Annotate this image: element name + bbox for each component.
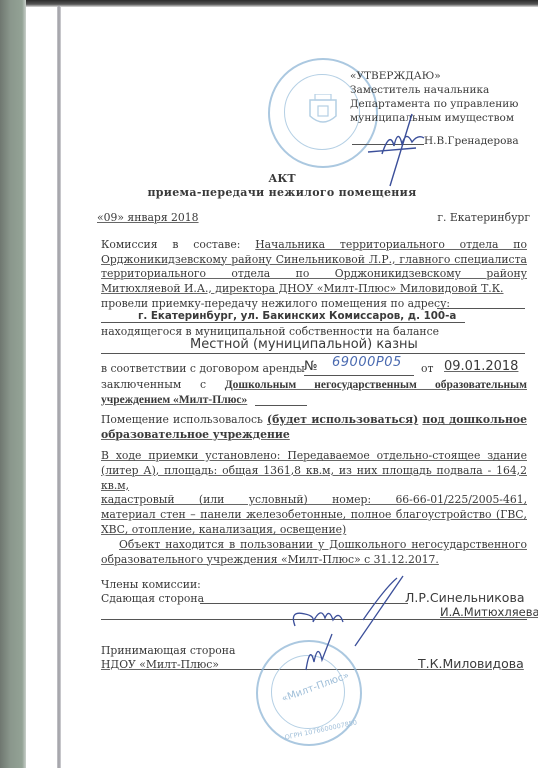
act-date: «09» января 2018 — [97, 211, 199, 226]
contract-number-underline — [304, 375, 414, 376]
contract-intro: в соответствии с договором аренды — [101, 362, 305, 377]
contract-number-label: № — [304, 359, 318, 374]
contract-party-line1: Дошкольным негосударственным образовател… — [225, 379, 527, 391]
usage-will-be: (будет использоваться) — [267, 413, 418, 426]
findings-paragraph: В ходе приемки установлено: Передаваемое… — [101, 449, 527, 567]
handing-signer1: Л.Р.Синельникова — [405, 590, 524, 605]
receiving-signer: Т.К.Миловидова — [418, 656, 524, 671]
approval-position-line3: муниципальным имуществом — [350, 111, 514, 126]
contract-party-line2: учреждением «Милт-Плюс» — [101, 393, 527, 408]
usage-intro: Помещение использовалось — [101, 413, 263, 426]
commission-paragraph: Комиссия в составе: Начальника территори… — [101, 238, 527, 296]
approval-heading: «УТВЕРЖДАЮ» — [350, 69, 441, 84]
approval-position-line2: Департамента по управлению — [350, 97, 518, 112]
balance-holder-underline — [101, 353, 525, 354]
address-value: г. Екатеринбург, ул. Бакинских Комиссаро… — [138, 309, 456, 324]
commission-line4: Митюхляевой И.А., директора ДНОУ «Милт-П… — [101, 282, 527, 297]
findings-line2: (литер А), площадь: общая 1361,8 кв.м, и… — [101, 464, 527, 494]
page-fold-line — [57, 6, 61, 768]
usage-paragraph: Помещение использовалось (будет использо… — [101, 413, 527, 442]
act-city: г. Екатеринбург — [437, 211, 530, 226]
document-title: АКТ — [0, 172, 538, 185]
findings-line1: В ходе приемки установлено: Передаваемое… — [101, 449, 527, 464]
commission-line1: Начальника территориального отдела по — [255, 238, 527, 251]
balance-holder: Местной (муниципальной) казны — [190, 337, 418, 352]
organization-stamp-icon: «Милт-Плюс» ОГРН 1076600007850 — [256, 640, 362, 746]
contract-party-fill-line — [255, 405, 307, 406]
contract-concluded-label: заключенным с — [101, 378, 206, 391]
commission-label: Комиссия в составе: — [101, 238, 240, 251]
receiving-org: НДОУ «Милт-Плюс» — [101, 658, 219, 673]
contract-date: 09.01.2018 — [444, 359, 518, 374]
usage-purpose-line1: под дошкольное — [422, 413, 527, 426]
approval-position-line1: Заместитель начальника — [350, 83, 489, 98]
commission-line3: территориального отдела по Орджоникидзев… — [101, 267, 527, 282]
handing-party-label: Сдающая сторона — [101, 592, 204, 607]
findings-line3: кадастровый (или условный) номер: 66-66-… — [101, 493, 527, 508]
receiving-party-label: Принимающая сторона — [101, 644, 235, 659]
handing-signature-line — [200, 603, 408, 604]
findings-line5: ХВС, отопление, канализация, освещение) — [101, 523, 527, 538]
handing-second-signature-line — [101, 619, 527, 620]
handing-signer2: И.А.Митюхляева — [440, 605, 538, 619]
contract-number: 69000Р05 — [332, 355, 402, 370]
usage-purpose-line2: образовательное учреждение — [101, 428, 527, 443]
contract-from-label: от — [421, 362, 433, 377]
findings-line7: образовательного учреждения «Милт-Плюс» … — [101, 553, 527, 568]
commission-line2: Орджоникидзевскому району Синельниковой … — [101, 253, 527, 268]
approval-signer: Н.В.Гренадерова — [424, 134, 519, 149]
scan-edge — [0, 0, 26, 768]
findings-line4: материал стен – панели железобетонные, п… — [101, 508, 527, 523]
approval-signature-line — [352, 144, 424, 145]
members-heading: Члены комиссии: — [101, 578, 201, 593]
document-subtitle: приема-передачи нежилого помещения — [0, 186, 538, 199]
scan-top-shadow — [26, 0, 538, 7]
contract-party: заключенным с Дошкольным негосударственн… — [101, 378, 527, 407]
findings-line6: Объект находится в пользовании у Дошколь… — [101, 538, 527, 553]
